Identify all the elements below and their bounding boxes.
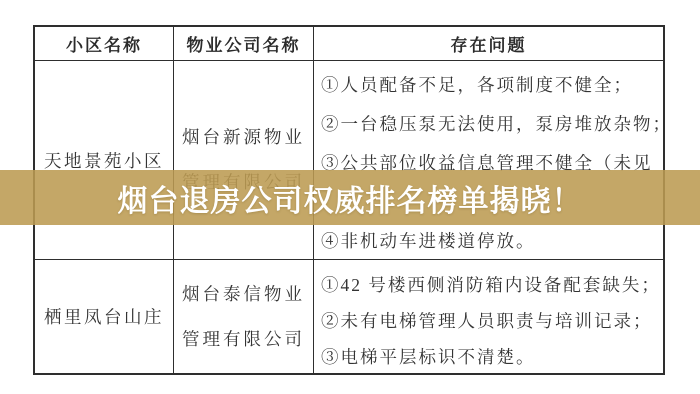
problem-item: ④非机动车进楼道停放。 (321, 222, 659, 260)
header-company: 物业公司名称 (174, 27, 314, 61)
problem-item: ③电梯平层标识不清楚。 (321, 339, 659, 373)
problem-item: ①人员配备不足，各项制度不健全； (321, 66, 659, 105)
row2-company-line1: 烟台泰信物业 (182, 272, 305, 317)
problem-item: ②一台稳压泵无法使用，泵房堆放杂物； (321, 105, 659, 144)
row2-company: 烟台泰信物业 管理有限公司 (174, 260, 314, 373)
headline-text: 烟台退房公司权威排名榜单揭晓！ (118, 176, 583, 220)
row1-problems: ①人员配备不足，各项制度不健全； ②一台稳压泵无法使用，泵房堆放杂物； ③公共部… (314, 61, 663, 260)
row2-community: 栖里凤台山庄 (35, 260, 174, 373)
row2-company-line2: 管理有限公司 (182, 317, 305, 362)
problem-item: ①42 号楼西侧消防箱内设备配套缺失； (321, 267, 659, 303)
row1-company-line1: 烟台新源物业 (182, 115, 305, 160)
headline-banner: 烟台退房公司权威排名榜单揭晓！ (0, 170, 700, 225)
row1-community: 天地景苑小区 (35, 61, 174, 260)
header-problems: 存在问题 (314, 27, 663, 61)
page: 小区名称 物业公司名称 存在问题 天地景苑小区 烟台新源物业 管理有限公司 ①人… (0, 0, 700, 394)
header-community: 小区名称 (35, 27, 174, 61)
row2-problems: ①42 号楼西侧消防箱内设备配套缺失； ②未有电梯管理人员职责与培训记录； ③电… (314, 260, 663, 373)
row2-problems-wrap: ①42 号楼西侧消防箱内设备配套缺失； ②未有电梯管理人员职责与培训记录； ③电… (314, 260, 663, 373)
problem-item: ②未有电梯管理人员职责与培训记录； (321, 303, 659, 339)
row1-company: 烟台新源物业 管理有限公司 (174, 61, 314, 260)
